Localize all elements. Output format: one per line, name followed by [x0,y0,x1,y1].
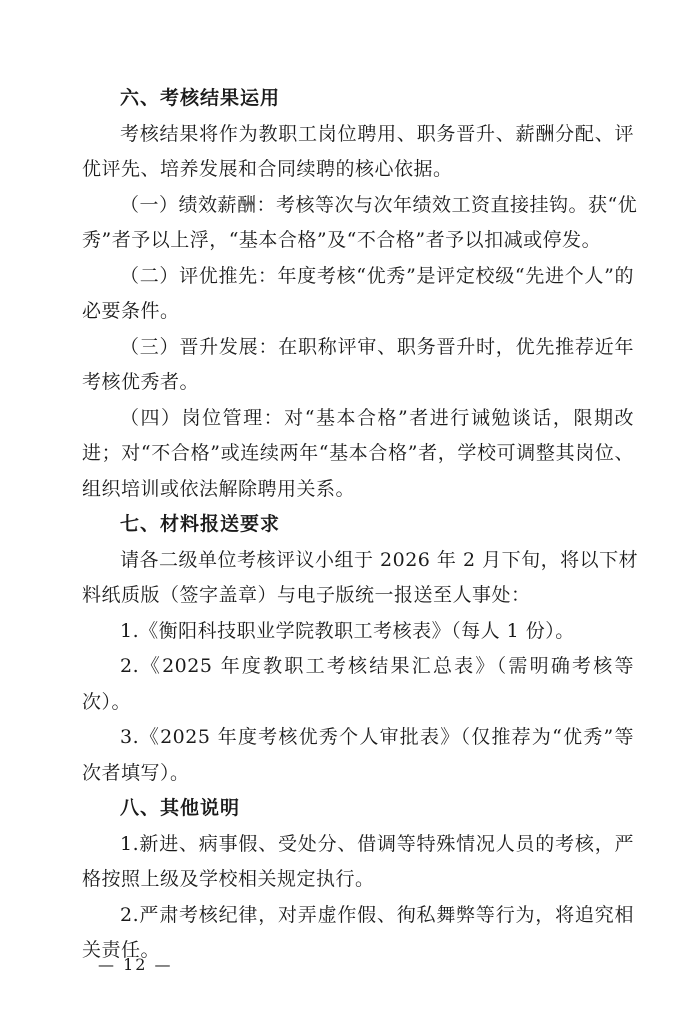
section-heading-8: 八、其他说明 [82,790,634,826]
paragraph-line: 秀”者予以上浮，“基本合格”及“不合格”者予以扣减或停发。 [82,222,634,258]
paragraph-line: 组织培训或依法解除聘用关系。 [82,471,634,507]
paragraph-line: （一）绩效薪酬：考核等次与次年绩效工资直接挂钩。获“优 [82,187,634,223]
paragraph-line: （三）晋升发展：在职称评审、职务晋升时，优先推荐近年 [82,329,634,365]
list-item: 2.严肃考核纪律，对弄虚作假、徇私舞弊等行为，将追究相 [82,897,634,933]
section-heading-6: 六、考核结果运用 [82,80,634,116]
list-item: 3.《2025 年度考核优秀个人审批表》（仅推荐为“优秀”等 [82,719,634,755]
paragraph-line: 次者填写）。 [82,755,634,791]
paragraph-line: 考核优秀者。 [82,364,634,400]
paragraph-line: 优评先、培养发展和合同续聘的核心依据。 [82,151,634,187]
paragraph-line: 次）。 [82,684,634,720]
page-number: — 12 — [98,955,173,974]
section-heading-7: 七、材料报送要求 [82,506,634,542]
paragraph-line: 料纸质版（签字盖章）与电子版统一报送至人事处： [82,577,634,613]
list-item: 1.新进、病事假、受处分、借调等特殊情况人员的考核，严 [82,826,634,862]
paragraph-line: 考核结果将作为教职工岗位聘用、职务晋升、薪酬分配、评 [82,116,634,152]
paragraph-line: 进；对“不合格”或连续两年“基本合格”者，学校可调整其岗位、 [82,435,634,471]
list-item: 1.《衡阳科技职业学院教职工考核表》（每人 1 份）。 [82,613,634,649]
list-item: 2.《2025 年度教职工考核结果汇总表》（需明确考核等 [82,648,634,684]
paragraph-line: 请各二级单位考核评议小组于 2026 年 2 月下旬，将以下材 [82,542,634,578]
paragraph-line: （二）评优推先：年度考核“优秀”是评定校级“先进个人”的 [82,258,634,294]
paragraph-line: 格按照上级及学校相关规定执行。 [82,861,634,897]
paragraph-line: 必要条件。 [82,293,634,329]
paragraph-line: （四）岗位管理：对“基本合格”者进行诫勉谈话，限期改 [82,400,634,436]
